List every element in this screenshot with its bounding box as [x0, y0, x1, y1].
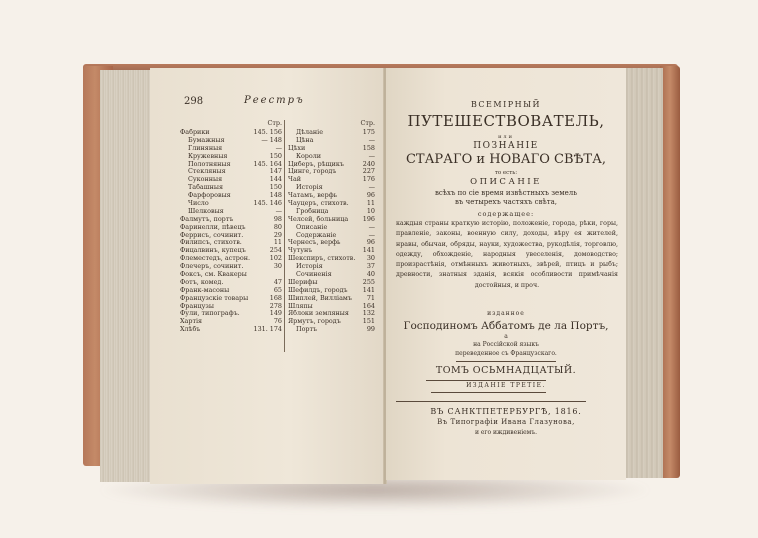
index-term: Французы: [180, 303, 214, 311]
index-term: Яблоки земляныя: [288, 310, 349, 318]
published-label: изданное: [386, 310, 626, 317]
index-term: Фицалвинъ, купецъ: [180, 247, 246, 255]
index-term: Чатамъ, верфь: [288, 192, 337, 200]
index-term: Исторія: [288, 184, 323, 192]
index-term: Филипсъ, стихотв.: [180, 239, 242, 247]
index-entry: Фотъ, комед.47: [180, 279, 284, 287]
index-term: Цинге, городъ: [288, 168, 336, 176]
index-term: Короли: [288, 153, 321, 161]
index-term: Фабрики: [180, 129, 210, 137]
index-entry: Бумажныя— 148: [180, 137, 284, 145]
index-term: Чутунъ: [288, 247, 312, 255]
imprint-note: и его иждивеніемъ.: [386, 429, 626, 436]
index-term: Флеместедъ, астрон.: [180, 255, 250, 263]
index-term: Челсей, больница: [288, 216, 348, 224]
page-number: 298: [184, 96, 203, 107]
index-entry: Флечеръ, сочинит.30: [180, 263, 284, 271]
index-entry: Стекляныя147: [180, 168, 284, 176]
index-entry: Фицалвинъ, купецъ254: [180, 247, 284, 255]
index-entry: Чатамъ, верфь96: [288, 192, 377, 200]
conjunction-a: а: [386, 333, 626, 340]
index-term: Французскіе товары: [180, 295, 248, 303]
index-entry: Ярмутъ, городъ151: [288, 318, 377, 326]
index-entry: Фаринелли, пѣвецъ80: [180, 224, 284, 232]
title-main: ПУТЕШЕСТВОВАТЕЛЬ,: [386, 112, 626, 130]
index-term: Цѣхи: [288, 145, 305, 153]
index-entry: Франк-масоны65: [180, 287, 284, 295]
index-term: Шерифы: [288, 279, 318, 287]
index-term: Шекспиръ, стихотв.: [288, 255, 355, 263]
index-entry: Табашныя150: [180, 184, 284, 192]
index-entry: Цѣхи158: [288, 145, 377, 153]
index-entry: Чутунъ141: [288, 247, 377, 255]
index-term: Хартія: [180, 318, 202, 326]
index-term: Стекляныя: [180, 168, 226, 176]
index-term: Бумажныя: [180, 137, 225, 145]
index-entry: Портъ99: [288, 326, 377, 334]
index-term: Феррисъ, сочинит.: [180, 232, 243, 240]
index-term: Суконныя: [180, 176, 222, 184]
index-entry: Чай176: [288, 176, 377, 184]
index-entry: Шекспиръ, стихотв.30: [288, 255, 377, 263]
index-entry: Дѣланіе175: [288, 129, 377, 137]
index-term: Кружевныя: [180, 153, 227, 161]
index-term: Шиплей, Вилліамъ: [288, 295, 352, 303]
edition-label: ИЗДАНІЕ ТРЕТІЕ.: [386, 382, 626, 389]
index-term: Фоксъ, см. Квакеры: [180, 271, 247, 279]
translation-line-1: на Россійской языкъ: [386, 341, 626, 348]
index-entry: Глиняныя—: [180, 145, 284, 153]
index-column-1: Стр. Фабрики145. 156Бумажныя— 148Глиняны…: [180, 120, 285, 352]
index-term: Фалмутъ, портъ: [180, 216, 233, 224]
index-term: Цѣна: [288, 137, 314, 145]
index-term: Сочиненія: [288, 271, 332, 279]
index-term: Число: [180, 200, 209, 208]
description-heading: ОПИСАНІЕ: [386, 177, 626, 187]
index-term: Содержаніе: [288, 232, 336, 240]
contents-body: каждыя страны краткую исторію, положеніе…: [396, 219, 618, 291]
index-term: Хлѣбъ: [180, 326, 200, 334]
book-cover-right: [660, 66, 680, 478]
index-entry: Исторія37: [288, 263, 377, 271]
title-line-1: ВСЕМІРНЫЙ: [386, 100, 626, 109]
index-entry: Фоксъ, см. Квакеры: [180, 271, 284, 279]
index-term: Флечеръ, сочинит.: [180, 263, 243, 271]
index-term: Дѣланіе: [288, 129, 323, 137]
index-term: Шефилдъ, городъ: [288, 287, 348, 295]
index-entry: Челсей, больница196: [288, 216, 377, 224]
index-entry: Фалмутъ, портъ98: [180, 216, 284, 224]
rule: [426, 380, 546, 381]
index-entry: Полотняныя145. 164: [180, 161, 284, 169]
left-page: 298 Реестръ Стр. Фабрики145. 156Бумажныя…: [150, 68, 384, 484]
index-entry: Хлѣбъ131. 174: [180, 326, 284, 334]
translation-line-2: переведенное съ Французскаго.: [386, 350, 626, 357]
index-entry: Французскіе товары168: [180, 295, 284, 303]
index-term: Фотъ, комед.: [180, 279, 223, 287]
index-column-2: Стр. Дѣланіе175Цѣна—Цѣхи158Короли—Циберъ…: [288, 120, 377, 334]
description-line-2: въ четырехъ частяхъ свѣта,: [386, 198, 626, 206]
index-page-ref: [282, 271, 284, 279]
subtitle-1: ПОЗНАНІЕ: [386, 141, 626, 151]
index-entry: Фули, типографъ.149: [180, 310, 284, 318]
index-term: Чернесъ, верфь: [288, 239, 341, 247]
index-page-ref: 131. 174: [254, 326, 284, 334]
index-term: Ярмутъ, городъ: [288, 318, 341, 326]
index-entry: Филипсъ, стихотв.11: [180, 239, 284, 247]
index-term: Портъ: [288, 326, 317, 334]
subtitle-connector: то есть:: [386, 170, 626, 176]
volume-label: ТОМЪ ОСЬМНАДЦАТЫЙ.: [386, 365, 626, 376]
index-term: Гробница: [288, 208, 328, 216]
index-entry: Феррисъ, сочинит.29: [180, 232, 284, 240]
title-conjunction: или: [386, 134, 626, 140]
index-term: Полотняныя: [180, 161, 231, 169]
index-entry: Исторія—: [288, 184, 377, 192]
index-term: Табашныя: [180, 184, 223, 192]
page-edges-right: [625, 68, 663, 478]
rule: [396, 401, 586, 402]
author-line: Господиномъ Аббатомъ де ла Портъ,: [386, 320, 626, 332]
index-term: Чай: [288, 176, 301, 184]
index-term: Исторія: [288, 263, 323, 271]
index-entry: Описаніе—: [288, 224, 377, 232]
subtitle-2: СТАРАГО и НОВАГО СВѢТА,: [386, 152, 626, 167]
index-entry: Флеместедъ, астрон.102: [180, 255, 284, 263]
rule: [456, 361, 556, 362]
index-term: Описаніе: [288, 224, 327, 232]
index-entry: Шефилдъ, городъ141: [288, 287, 377, 295]
index-entry: Шелковыя—: [180, 208, 284, 216]
index-term: Шелковыя: [180, 208, 224, 216]
index-entry: Содержаніе—: [288, 232, 377, 240]
index-term: Глиняныя: [180, 145, 222, 153]
index-entry: Французы278: [180, 303, 284, 311]
index-entry: Число145. 146: [180, 200, 284, 208]
index-entry: Чауцеръ, стихотв.11: [288, 200, 377, 208]
running-head-title: Реестръ: [244, 95, 305, 106]
imprint-printer: Въ Типографіи Ивана Глазунова,: [386, 418, 626, 426]
index-term: Фаринелли, пѣвецъ: [180, 224, 246, 232]
index-term: Чауцеръ, стихотв.: [288, 200, 349, 208]
rule: [431, 392, 546, 393]
index-page-ref: 30: [274, 263, 284, 271]
contents-heading: содержащее:: [386, 210, 626, 218]
title-page: ВСЕМІРНЫЙ ПУТЕШЕСТВОВАТЕЛЬ, или ПОЗНАНІЕ…: [386, 68, 626, 480]
index-term: Шляпы: [288, 303, 313, 311]
index-term: Циберъ, рѣщикъ: [288, 161, 344, 169]
index-term: Фарфоровыя: [180, 192, 231, 200]
index-page-ref: 99: [367, 326, 377, 334]
page-edges-left: [100, 70, 152, 482]
index-entry: Суконныя144: [180, 176, 284, 184]
imprint-city: ВЪ САНКТПЕТЕРБУРГѢ, 1816.: [386, 407, 626, 416]
description-line-1: всѣхъ по сіе время извѣстныхъ земель: [386, 189, 626, 197]
index-term: Фули, типографъ.: [180, 310, 240, 318]
index-term: Франк-масоны: [180, 287, 229, 295]
